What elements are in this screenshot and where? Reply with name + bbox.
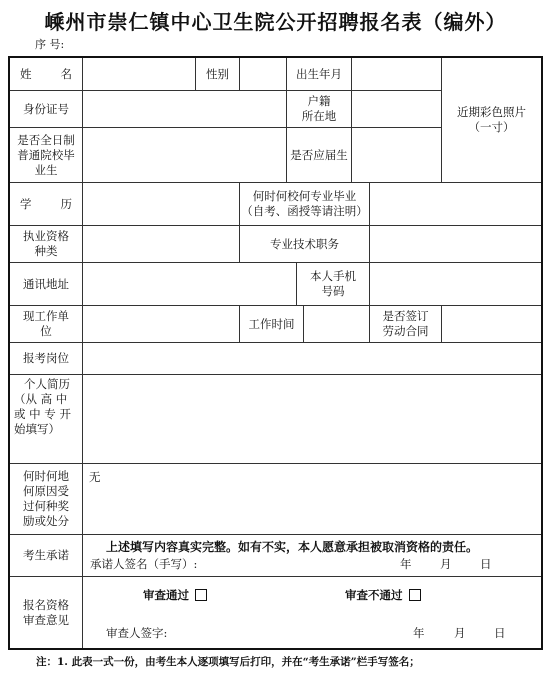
id-number-input[interactable] xyxy=(83,91,286,127)
education-label-char1: 学 xyxy=(20,197,32,212)
contract-input[interactable] xyxy=(442,306,541,342)
review-label: 报名资格 审查意见 xyxy=(10,577,82,648)
photo-label: 近期彩色照片 xyxy=(457,105,526,120)
hukou-label: 户籍 所在地 xyxy=(287,91,351,127)
position-label: 报考岗位 xyxy=(10,343,82,374)
contract-label: 是否签订 劳动合同 xyxy=(370,306,441,342)
address-label: 通讯地址 xyxy=(10,263,82,305)
name-label-char2: 名 xyxy=(61,67,73,82)
resume-label: 个人简历 （从 高 中 或 中 专 开 始填写） xyxy=(10,375,82,463)
work-time-label: 工作时间 xyxy=(240,306,303,342)
tech-title-input[interactable] xyxy=(370,226,541,262)
name-label-char1: 姓 xyxy=(20,67,32,82)
resume-label-line4: 始填写） xyxy=(14,422,60,437)
review-date-day: 日 xyxy=(494,624,506,642)
work-time-input[interactable] xyxy=(304,306,369,342)
footnote: 注：1. 此表一式一份，由考生本人逐项填写后打印，并在“考生承诺”栏手写签名； xyxy=(36,654,420,669)
awards-label-line4: 励或处分 xyxy=(23,514,69,529)
photo-size-label: （一寸） xyxy=(469,120,515,135)
form-title: 嵊州市崇仁镇中心卫生院公开招聘报名表（编外） xyxy=(0,6,551,35)
contract-label-line2: 劳动合同 xyxy=(383,324,429,339)
pledge-sign-label: 承诺人签名（手写）: xyxy=(90,555,197,573)
review-fail-option[interactable]: 审查不通过 xyxy=(345,586,421,604)
tech-title-label: 专业技术职务 xyxy=(240,226,369,262)
serial-number-label: 序 号: xyxy=(35,36,64,52)
resume-label-line2: （从 高 中 xyxy=(14,392,67,407)
photo-area[interactable]: 近期彩色照片 （一寸） xyxy=(442,58,541,182)
phone-label-line1: 本人手机 xyxy=(310,269,356,284)
phone-input[interactable] xyxy=(370,263,541,305)
awards-label-line3: 过何种奖 xyxy=(23,499,69,514)
hukou-label-line1: 户籍 xyxy=(308,94,331,109)
review-date-month: 月 xyxy=(454,624,466,642)
name-input[interactable] xyxy=(83,58,195,90)
education-label: 学 历 xyxy=(10,183,82,225)
birth-label: 出生年月 xyxy=(287,58,351,90)
pledge-date-year: 年 xyxy=(400,555,412,573)
employer-label: 现工作单 位 xyxy=(10,306,82,342)
reviewer-sign-label: 审查人签字: xyxy=(106,624,167,642)
resume-label-line3: 或 中 专 开 xyxy=(14,407,71,422)
fulltime-label: 是否全日制 普通院校毕 业生 xyxy=(10,128,82,182)
graduation-input[interactable] xyxy=(370,183,541,225)
graduation-label: 何时何校何专业毕业 （自考、函授等请注明） xyxy=(240,183,369,225)
resume-input[interactable] xyxy=(83,375,541,463)
awards-value: 无 xyxy=(89,470,101,485)
gender-input[interactable] xyxy=(240,58,286,90)
awards-input[interactable]: 无 xyxy=(83,464,541,534)
awards-label: 何时何地 何原因受 过何种奖 励或处分 xyxy=(10,464,82,534)
hukou-label-line2: 所在地 xyxy=(302,109,337,124)
review-date-year: 年 xyxy=(413,624,425,642)
pledge-label: 考生承诺 xyxy=(10,535,82,576)
id-number-label: 身份证号 xyxy=(10,91,82,127)
registration-form: 姓 名 性别 出生年月 近期彩色照片 （一寸） 身份证号 户籍 所在地 是否全日… xyxy=(8,56,543,650)
fulltime-label-line1: 是否全日制 xyxy=(17,133,75,148)
fulltime-label-line3: 业生 xyxy=(35,163,58,178)
review-label-line1: 报名资格 xyxy=(23,598,69,613)
employer-label-line2: 位 xyxy=(40,324,52,339)
review-pass-checkbox[interactable] xyxy=(195,589,207,601)
qualification-label-line2: 种类 xyxy=(35,244,58,259)
review-fail-checkbox[interactable] xyxy=(409,589,421,601)
qualification-input[interactable] xyxy=(83,226,239,262)
gender-label: 性别 xyxy=(196,58,239,90)
graduation-label-line2: （自考、函授等请注明） xyxy=(241,204,368,219)
review-pass-option[interactable]: 审查通过 xyxy=(143,586,207,604)
fresh-grad-label: 是否应届生 xyxy=(287,128,351,182)
education-input[interactable] xyxy=(83,183,239,225)
review-label-line2: 审查意见 xyxy=(23,613,69,628)
pledge-text: 上述填写内容真实完整。如有不实，本人愿意承担被取消资格的责任。 xyxy=(106,538,478,555)
graduation-label-line1: 何时何校何专业毕业 xyxy=(253,189,357,204)
position-input[interactable] xyxy=(83,343,541,374)
birth-input[interactable] xyxy=(352,58,441,90)
employer-input[interactable] xyxy=(83,306,239,342)
fresh-grad-input[interactable] xyxy=(352,128,441,182)
name-label: 姓 名 xyxy=(10,58,82,90)
pledge-date-month: 月 xyxy=(440,555,452,573)
hukou-input[interactable] xyxy=(352,91,441,127)
qualification-label: 执业资格 种类 xyxy=(10,226,82,262)
awards-label-line2: 何原因受 xyxy=(23,484,69,499)
review-pass-label: 审查通过 xyxy=(143,588,189,603)
employer-label-line1: 现工作单 xyxy=(23,309,69,324)
awards-label-line1: 何时何地 xyxy=(23,469,69,484)
phone-label-line2: 号码 xyxy=(322,284,345,299)
pledge-date-day: 日 xyxy=(480,555,492,573)
phone-label: 本人手机 号码 xyxy=(297,263,369,305)
education-label-char2: 历 xyxy=(61,197,73,212)
resume-label-line1: 个人简历 xyxy=(14,377,70,392)
fulltime-input[interactable] xyxy=(83,128,286,182)
fulltime-label-line2: 普通院校毕 xyxy=(17,148,75,163)
qualification-label-line1: 执业资格 xyxy=(23,229,69,244)
contract-label-line1: 是否签订 xyxy=(383,309,429,324)
review-fail-label: 审查不通过 xyxy=(345,588,403,603)
address-input[interactable] xyxy=(83,263,296,305)
